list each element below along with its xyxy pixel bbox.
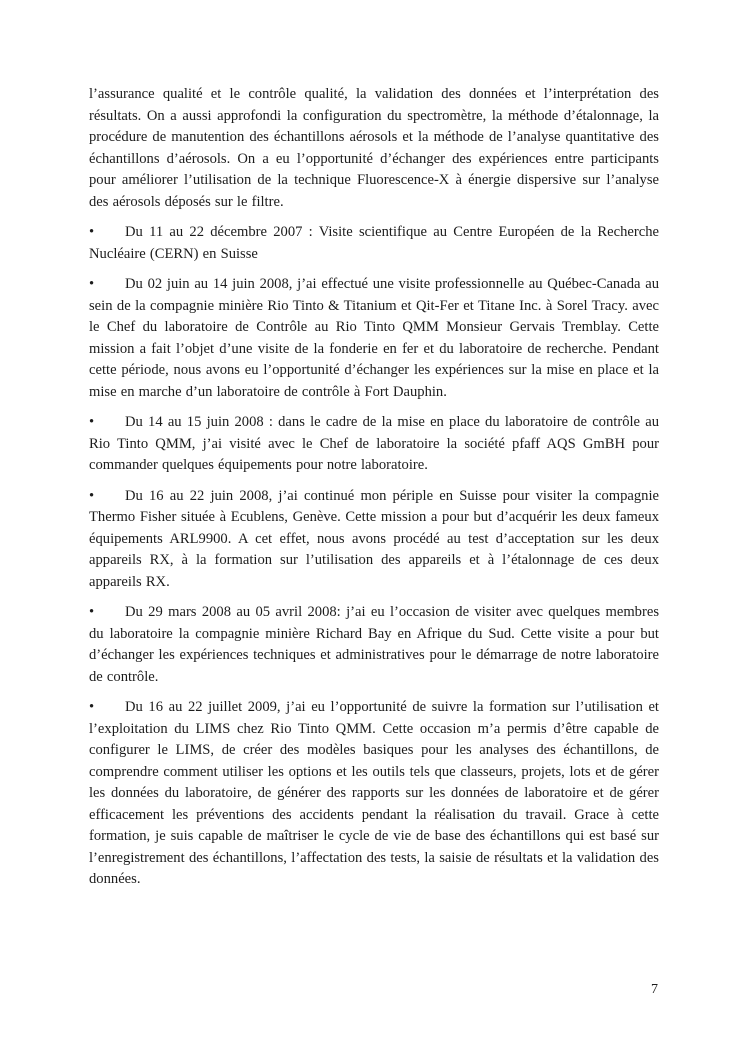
body-paragraph: l’assurance qualité et le contrôle quali… xyxy=(89,84,659,213)
paragraph-text: Du 14 au 15 juin 2008 : dans le cadre de… xyxy=(89,414,659,473)
bullet-marker: • xyxy=(89,486,125,508)
paragraph-text: l’assurance qualité et le contrôle quali… xyxy=(89,86,659,210)
bullet-marker: • xyxy=(89,412,125,434)
paragraph-text: Du 02 juin au 14 juin 2008, j’ai effectu… xyxy=(89,276,659,400)
page-number: 7 xyxy=(651,982,658,998)
bullet-paragraph: •Du 16 au 22 juin 2008, j’ai continué mo… xyxy=(89,486,659,594)
paragraph-text: Du 16 au 22 juillet 2009, j’ai eu l’oppo… xyxy=(89,699,659,887)
bullet-paragraph: •Du 29 mars 2008 au 05 avril 2008: j’ai … xyxy=(89,602,659,688)
bullet-paragraph: •Du 02 juin au 14 juin 2008, j’ai effect… xyxy=(89,274,659,403)
bullet-marker: • xyxy=(89,222,125,244)
text-column: l’assurance qualité et le contrôle quali… xyxy=(89,84,659,891)
bullet-paragraph: •Du 11 au 22 décembre 2007 : Visite scie… xyxy=(89,222,659,265)
paragraph-text: Du 11 au 22 décembre 2007 : Visite scien… xyxy=(89,224,659,262)
bullet-paragraph: •Du 14 au 15 juin 2008 : dans le cadre d… xyxy=(89,412,659,477)
document-page: l’assurance qualité et le contrôle quali… xyxy=(0,0,745,1053)
bullet-marker: • xyxy=(89,697,125,719)
paragraph-text: Du 29 mars 2008 au 05 avril 2008: j’ai e… xyxy=(89,604,659,685)
bullet-paragraph: •Du 16 au 22 juillet 2009, j’ai eu l’opp… xyxy=(89,697,659,891)
bullet-marker: • xyxy=(89,274,125,296)
bullet-marker: • xyxy=(89,602,125,624)
paragraph-text: Du 16 au 22 juin 2008, j’ai continué mon… xyxy=(89,488,659,590)
